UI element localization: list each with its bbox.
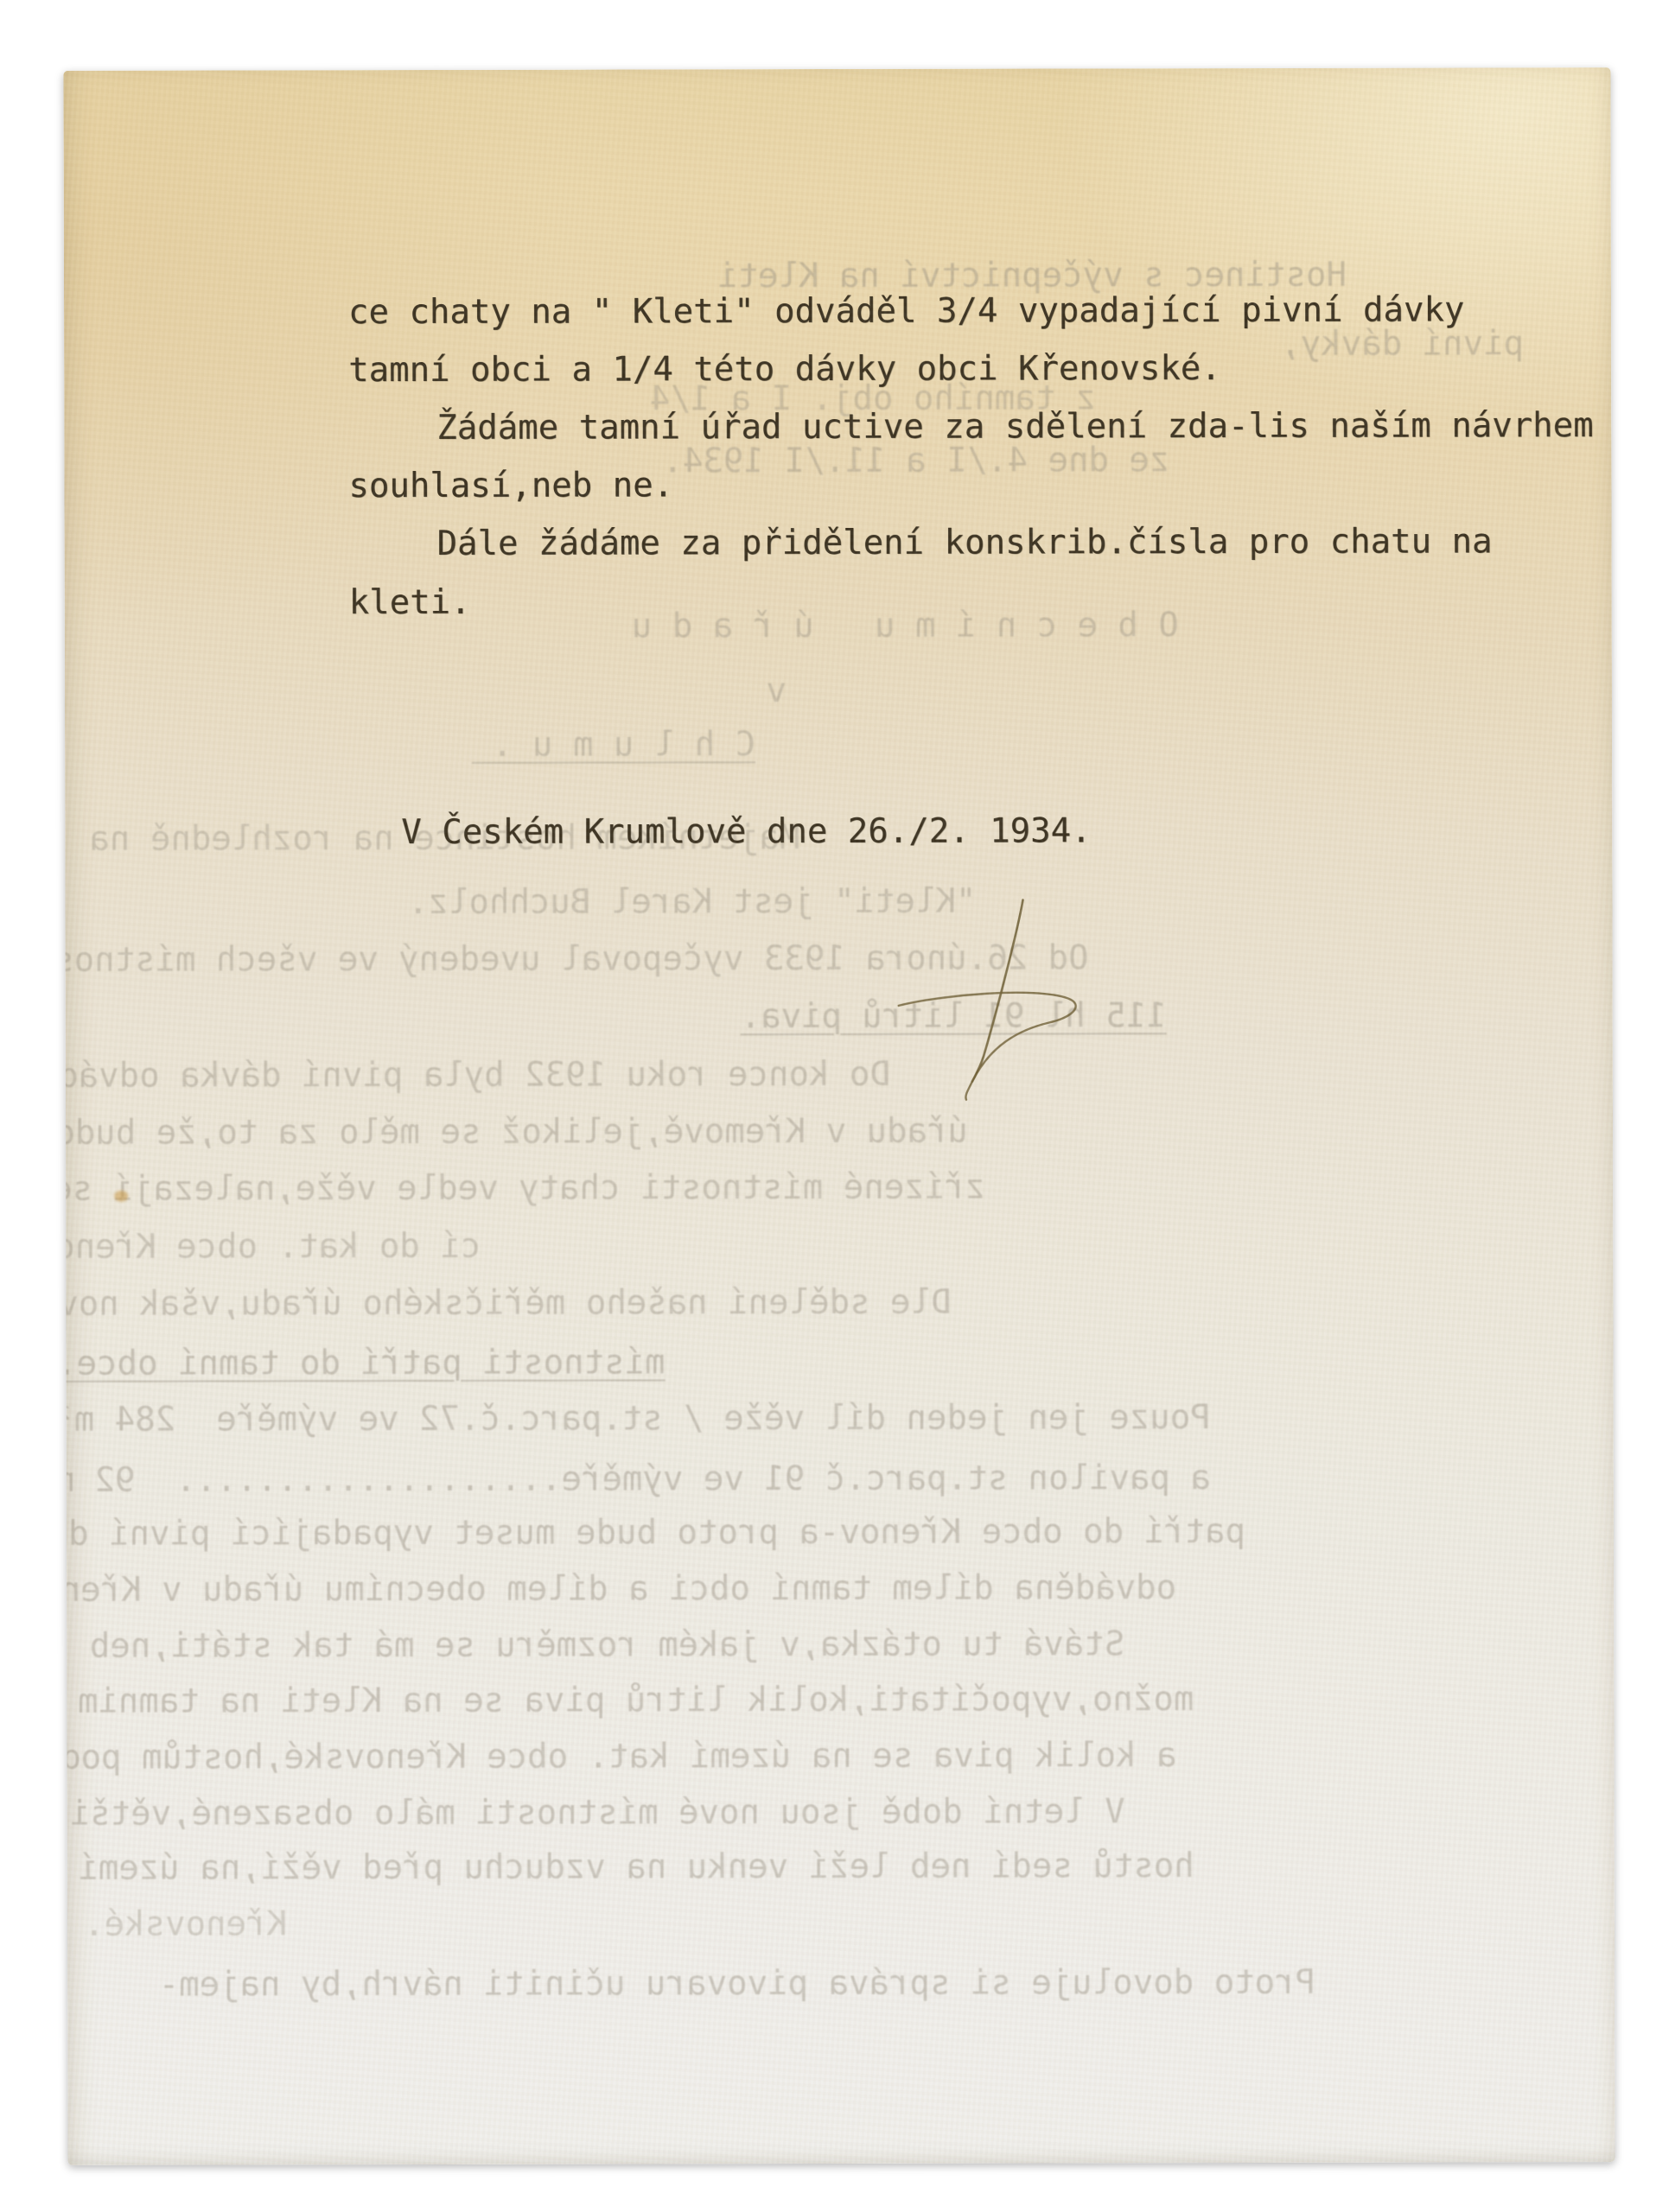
bleedthrough-line: místnosti patří do tamní obce. xyxy=(63,1344,665,1382)
bleedthrough-line: a kolik piva se na území kat. obce Křeno… xyxy=(63,1737,1176,1777)
bleedthrough-line: Obecnímu úřadu xyxy=(611,607,1178,645)
paper-stain xyxy=(114,1191,128,1202)
bleedthrough-line: Křenovské. xyxy=(84,1905,287,1943)
typed-line: tamní obci a 1/4 této dávky obci Křenovs… xyxy=(348,350,1221,390)
bleedthrough-line: Hostinec s výčepnictví na Kleti xyxy=(717,257,1347,296)
bleedthrough-line: Chlumu. xyxy=(472,726,755,765)
bleedthrough-line: odváděna dílem tamní obci a dílem obecní… xyxy=(63,1569,1176,1610)
bleedthrough-line: zřízené místnosti chaty vedle věže,nalez… xyxy=(63,1169,985,1210)
bleedthrough-line: Dle sdělení našeho měřičského úřadu,však… xyxy=(63,1284,951,1325)
typed-line: Žádáme tamní úřad uctive za sdělení zda-… xyxy=(436,407,1593,448)
typed-line: Dále žádáme za přidělení konskrib.čísla … xyxy=(437,523,1493,563)
bleedthrough-line: Do konce roku 1932 byla pivní dávka odvá… xyxy=(63,1056,889,1096)
document-page: Hostinec s výčepnictví na Kletipivní dáv… xyxy=(63,67,1615,2165)
bleedthrough-line: V letní době jsou nové místnosti málo ob… xyxy=(63,1793,1124,1834)
bleedthrough-line: možno,vypočítati,kolik litrů piva se na … xyxy=(63,1681,1194,1721)
bleedthrough-line: cí do kat. obce Křenovské. xyxy=(63,1228,481,1267)
bleedthrough-line: ze dne 4./I a 11./I 1934. xyxy=(662,442,1169,480)
typed-line: souhlasí,neb ne. xyxy=(348,467,673,505)
typed-text-layer: ce chaty na " Kleti" odváděl 3/4 vypadaj… xyxy=(63,67,1610,71)
bleedthrough-line: pivní dávky, xyxy=(1280,325,1524,364)
bleedthrough-line: a pavilon st.parc.č 91 ve výměře........… xyxy=(63,1459,1210,1500)
typed-line: kleti. xyxy=(349,584,471,622)
bleedthrough-line: hostů sedí neb leží venku na vzduchu pře… xyxy=(63,1847,1194,1888)
bleedthrough-line: Pouze jen jeden díl věže / st.parc.č.72 … xyxy=(63,1399,1210,1440)
typed-line: ce chaty na " Kleti" odváděl 3/4 vypadaj… xyxy=(348,291,1464,332)
bleedthrough-line: v xyxy=(766,672,787,710)
bleedthrough-line: Stává tu otázka,v jakém rozměru se má ta… xyxy=(63,1625,1124,1666)
bleedthrough-line: patří do obce Křenov-a proto bude muset … xyxy=(63,1513,1245,1554)
signature-stroke xyxy=(886,889,1111,1115)
bleedthrough-line: úřadu v Křemově,jelikož se mělo za to,že… xyxy=(63,1113,968,1154)
bleedthrough-line: Proto dovoluje si správa pivovaru učinit… xyxy=(159,1964,1315,2005)
date-line: V Českém Krumlově dne 26./2. 1934. xyxy=(401,812,1091,852)
